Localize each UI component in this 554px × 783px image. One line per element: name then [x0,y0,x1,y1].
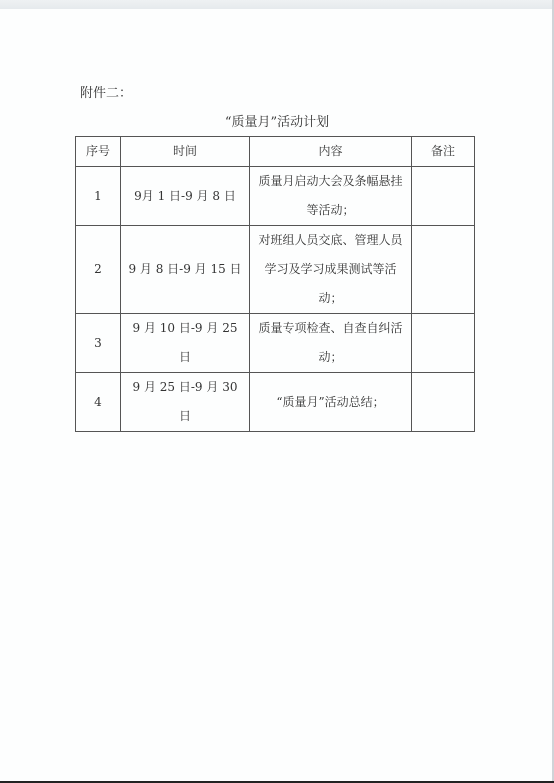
row-time: 9 月 10 日-9 月 25 日 [121,314,250,373]
attachment-label: 附件二： [80,82,132,101]
table-row: 4 9 月 25 日-9 月 30 日 “质量月”活动总结； [76,373,475,432]
document-title: “质量月”活动计划 [0,111,554,130]
row-note [412,373,475,432]
row-no: 4 [76,373,121,432]
table-row: 3 9 月 10 日-9 月 25 日 质量专项检查、自查自纠活动； [76,314,475,373]
row-time: 9 月 8 日-9 月 15 日 [121,226,250,314]
row-content: 质量专项检查、自查自纠活动； [250,314,412,373]
scan-top-edge [0,0,554,9]
table-row: 1 9月 1 日-9 月 8 日 质量月启动大会及条幅悬挂等活动； [76,167,475,226]
row-note [412,226,475,314]
header-content: 内容 [250,137,412,167]
row-time: 9月 1 日-9 月 8 日 [121,167,250,226]
row-content: 质量月启动大会及条幅悬挂等活动； [250,167,412,226]
header-note: 备注 [412,137,475,167]
row-content: 对班组人员交底、管理人员学习及学习成果测试等活动； [250,226,412,314]
row-note [412,167,475,226]
row-no: 2 [76,226,121,314]
row-time: 9 月 25 日-9 月 30 日 [121,373,250,432]
row-no: 1 [76,167,121,226]
header-no: 序号 [76,137,121,167]
row-no: 3 [76,314,121,373]
table-header-row: 序号 时间 内容 备注 [76,137,475,167]
activity-plan-table: 序号 时间 内容 备注 1 9月 1 日-9 月 8 日 质量月启动大会及条幅悬… [75,136,475,432]
table-row: 2 9 月 8 日-9 月 15 日 对班组人员交底、管理人员学习及学习成果测试… [76,226,475,314]
row-note [412,314,475,373]
row-content: “质量月”活动总结； [250,373,412,432]
header-time: 时间 [121,137,250,167]
